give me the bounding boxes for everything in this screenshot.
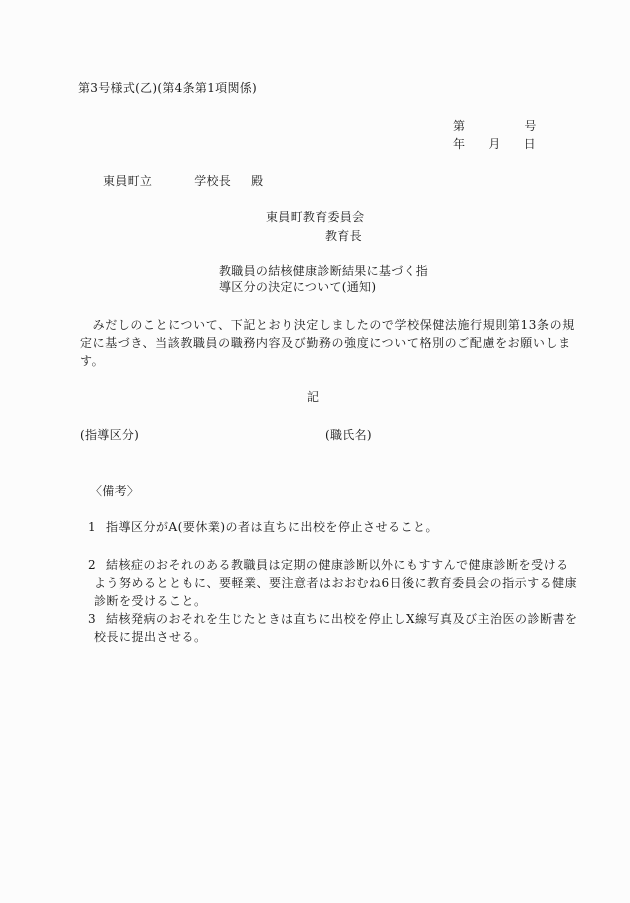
remark-text: よう努めるとともに、要軽業、要注意者はおおむね6日後に教育委員会の指示する健康 <box>88 574 558 592</box>
document-number: 第号 <box>453 117 537 135</box>
remark-text: 指導区分がA(要休業)の者は直ちに出校を停止させること。 <box>106 520 438 534</box>
remarks-heading: 〈備考〉 <box>90 482 139 500</box>
remark-item-3: 3結核発病のおそれを生じたときは直ちに出校を停止しX線写真及び主治医の診断書を … <box>88 610 558 646</box>
remark-number: 2 <box>88 556 106 574</box>
remark-item-2: 2結核症のおそれのある教職員は定期の健康診断以外にもすすんで健康診断を受ける よ… <box>88 556 558 610</box>
remark-text: 結核症のおそれのある教職員は定期の健康診断以外にもすすんで健康診断を受ける <box>106 558 569 572</box>
date-day: 日 <box>524 137 536 151</box>
remark-text: 診断を受けること。 <box>88 592 558 610</box>
body-line: す。 <box>80 352 552 370</box>
guidance-category-label: (指導区分) <box>80 426 139 444</box>
ki-heading: 記 <box>307 388 319 406</box>
date-year: 年 <box>453 137 465 151</box>
remark-number: 3 <box>88 610 106 628</box>
remark-text: 校長に提出させる。 <box>88 628 558 646</box>
sender-title: 教育長 <box>325 227 362 245</box>
remark-item-1: 1指導区分がA(要休業)の者は直ちに出校を停止させること。 <box>88 518 558 536</box>
sender-organization: 東員町教育委員会 <box>266 208 364 226</box>
remark-text: 結核発病のおそれを生じたときは直ちに出校を停止しX線写真及び主治医の診断書を <box>106 612 578 626</box>
body-line: 定に基づき、当該教職員の職務内容及び勤務の強度について格別のご配慮をお願いしま <box>80 334 552 352</box>
form-title: 第3号様式(乙)(第4条第1項関係) <box>78 79 257 97</box>
addressee-title: 学校長 <box>194 174 231 188</box>
addressee-honorific: 殿 <box>251 174 263 188</box>
addressee-prefix: 東員町立 <box>103 174 152 188</box>
addressee: 東員町立学校長殿 <box>103 172 263 190</box>
doc-number-go: 号 <box>524 119 536 133</box>
body-paragraph: みだしのことについて、下記とおり決定しましたので学校保健法施行規則第13条の規 … <box>80 316 552 370</box>
subject-line-2: 導区分の決定について(通知) <box>219 278 376 296</box>
document-date: 年月日 <box>453 135 536 153</box>
doc-number-dai: 第 <box>453 119 465 133</box>
date-month: 月 <box>488 137 500 151</box>
job-name-label: (職氏名) <box>325 426 372 444</box>
body-line: みだしのことについて、下記とおり決定しましたので学校保健法施行規則第13条の規 <box>80 316 552 334</box>
remark-number: 1 <box>88 518 106 536</box>
